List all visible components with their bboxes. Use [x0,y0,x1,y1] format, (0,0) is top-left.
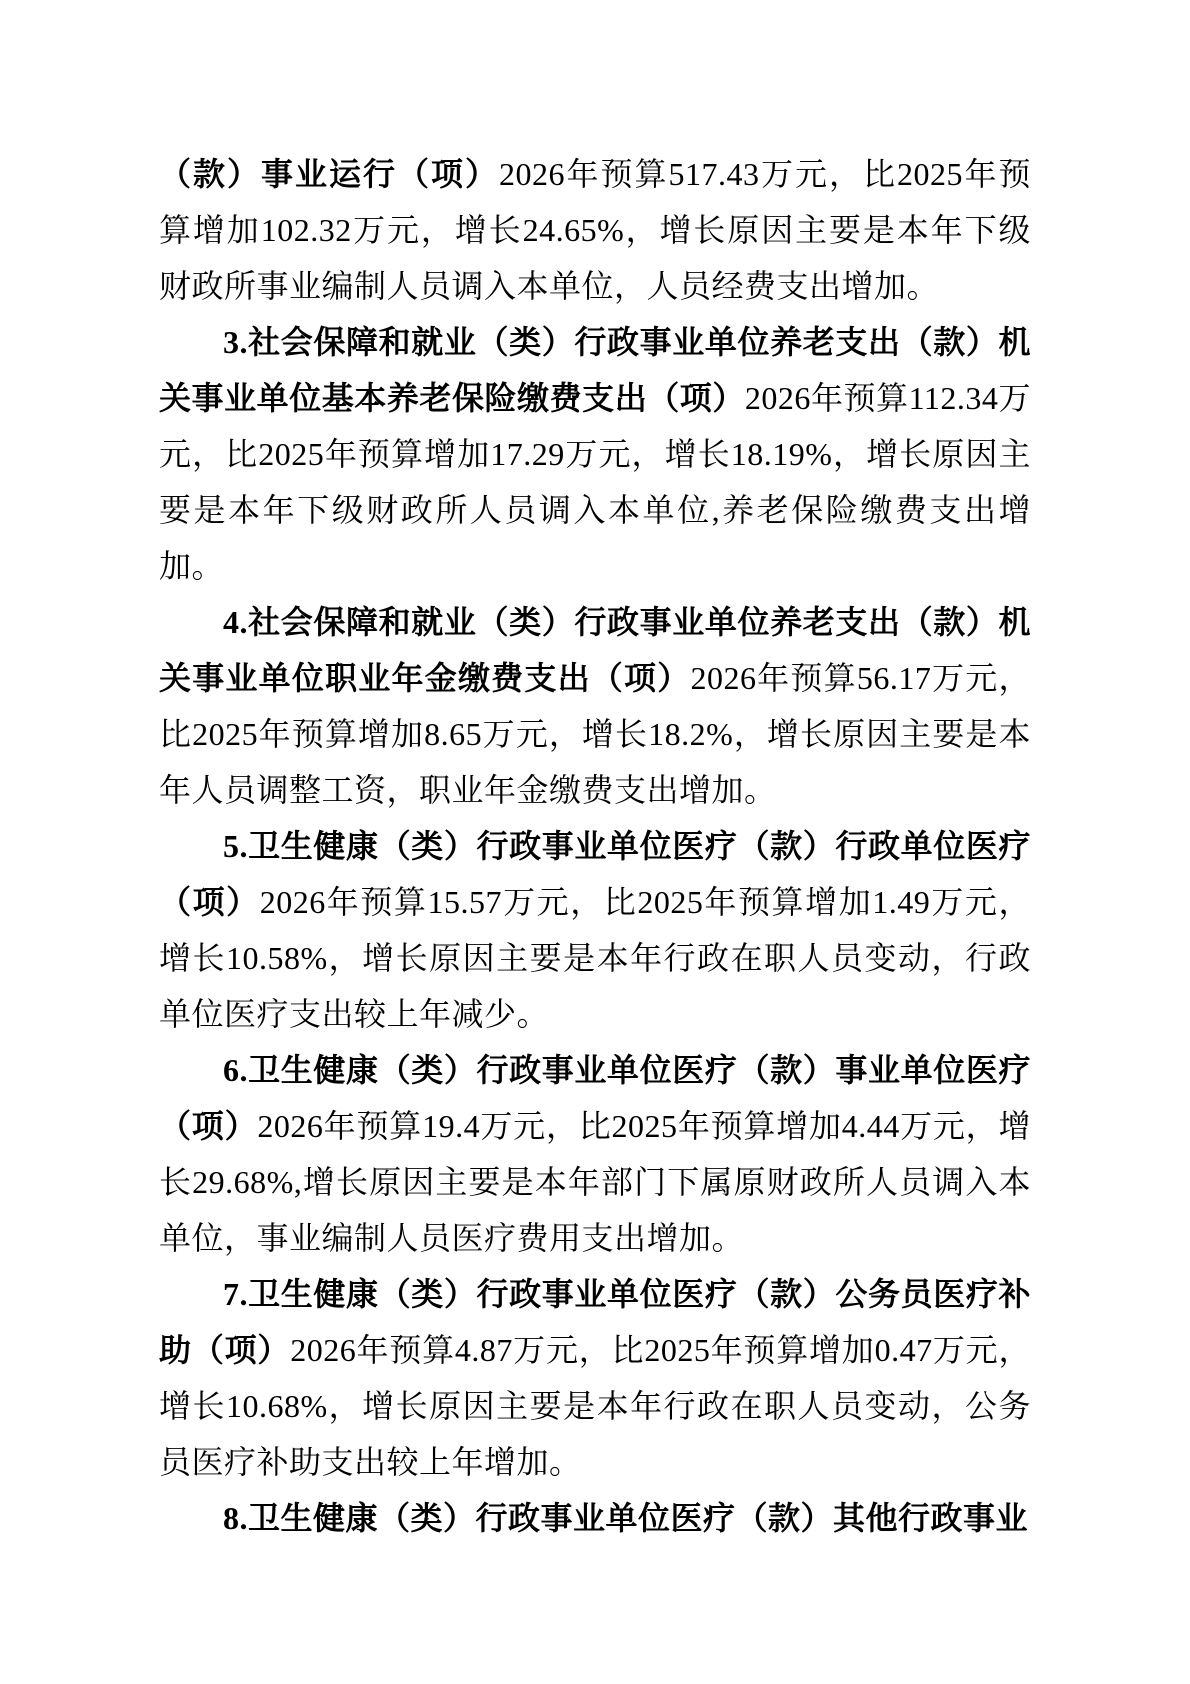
paragraph-item-3: 3.社会保障和就业（类）行政事业单位养老支出（款）机关事业单位基本养老保险缴费支… [159,314,1031,594]
document-body: （款）事业运行（项）2026年预算517.43万元，比2025年预算增加102.… [159,146,1031,1546]
budget-item-heading: （款）事业运行（项） [159,156,499,192]
budget-item-text: 2026年预算4.87万元，比2025年预算增加0.47万元，增长10.68%，… [159,1332,1031,1480]
paragraph-item-8: 8.卫生健康（类）行政事业单位医疗（款）其他行政事业 [159,1490,1031,1546]
budget-item-text: 2026年预算19.4万元，比2025年预算增加4.44万元，增长29.68%,… [159,1108,1031,1256]
document-page: （款）事业运行（项）2026年预算517.43万元，比2025年预算增加102.… [0,0,1190,1684]
budget-item-heading: 8.卫生健康（类）行政事业单位医疗（款）其他行政事业 [223,1500,1028,1536]
paragraph-item-4: 4.社会保障和就业（类）行政事业单位养老支出（款）机关事业单位职业年金缴费支出（… [159,594,1031,818]
paragraph-item-6: 6.卫生健康（类）行政事业单位医疗（款）事业单位医疗（项）2026年预算19.4… [159,1042,1031,1266]
budget-item-text: 2026年预算15.57万元，比2025年预算增加1.49万元，增长10.58%… [159,884,1031,1032]
paragraph-continuation: （款）事业运行（项）2026年预算517.43万元，比2025年预算增加102.… [159,146,1031,314]
paragraph-item-7: 7.卫生健康（类）行政事业单位医疗（款）公务员医疗补助（项）2026年预算4.8… [159,1266,1031,1490]
paragraph-item-5: 5.卫生健康（类）行政事业单位医疗（款）行政单位医疗（项）2026年预算15.5… [159,818,1031,1042]
